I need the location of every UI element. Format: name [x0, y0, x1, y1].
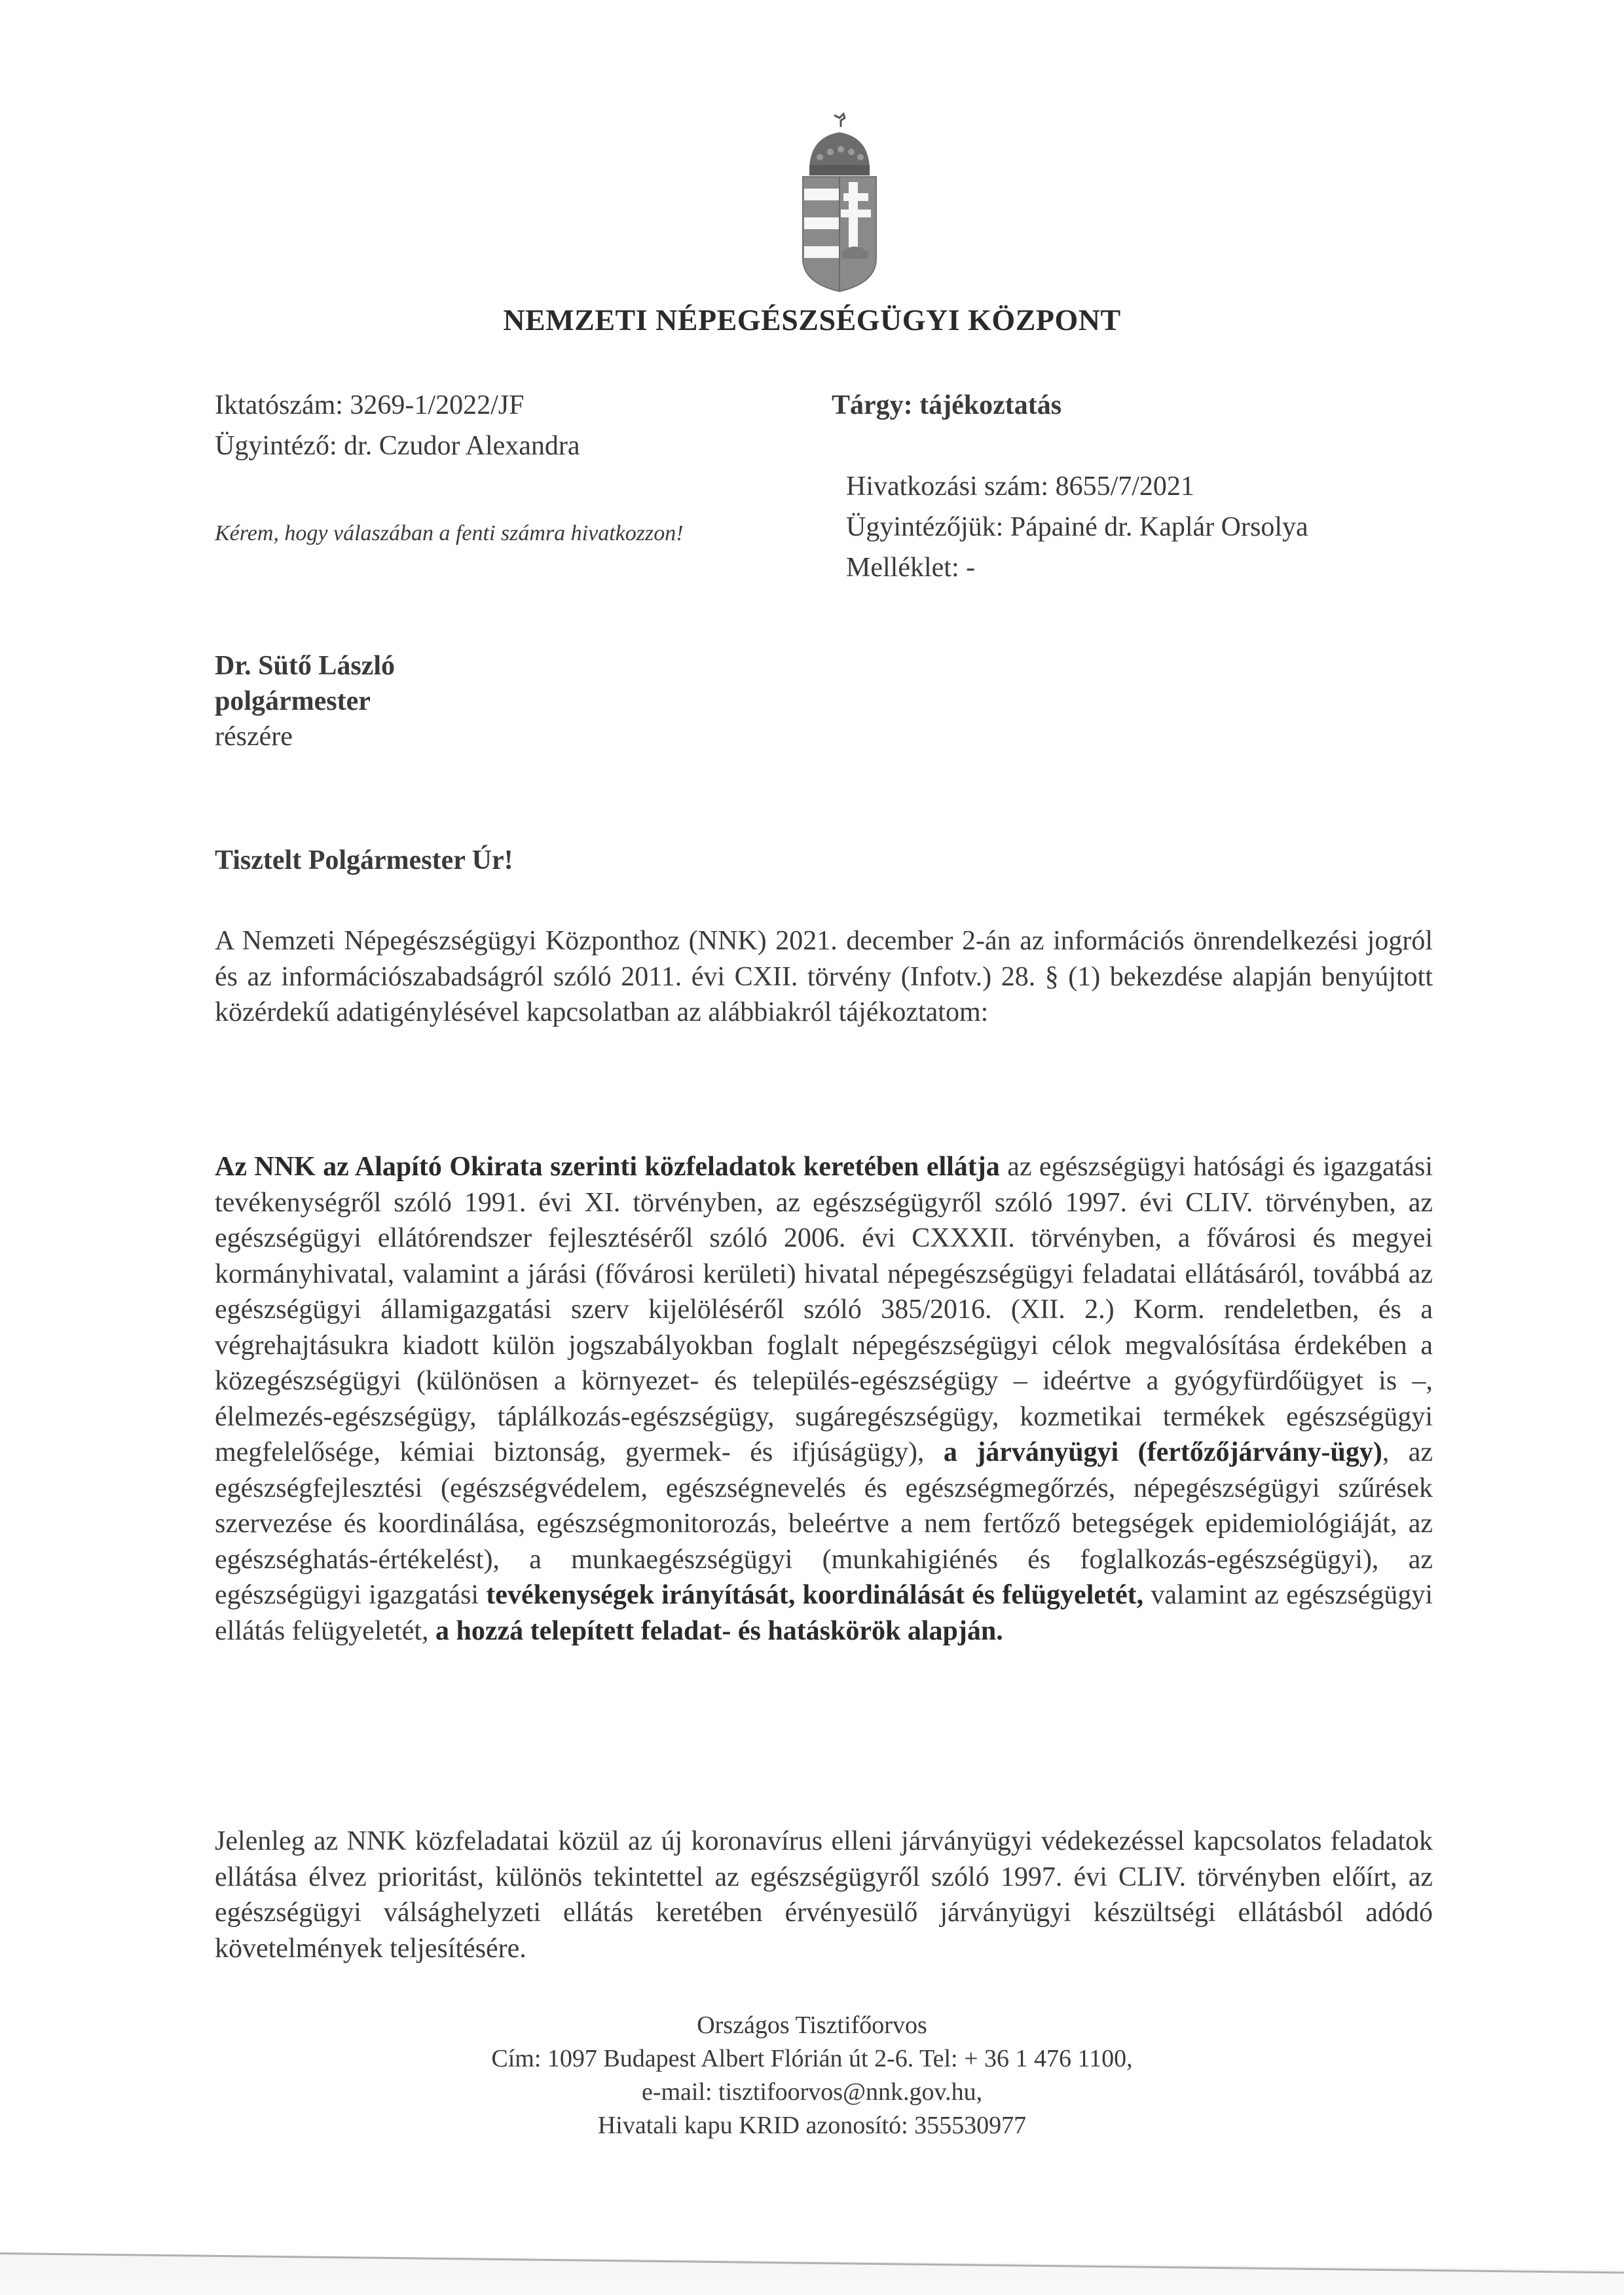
salutation: Tisztelt Polgármester Úr! — [215, 845, 513, 876]
footer-krid: Hivatali kapu KRID azonosító: 355530977 — [0, 2109, 1624, 2142]
recipient-block: Dr. Sütő László polgármester részére — [215, 648, 395, 754]
their-reference-block: Hivatkozási szám: 8655/7/2021 Ügyintézőj… — [846, 466, 1308, 588]
body-paragraph-3: Jelenleg az NNK közfeladatai közül az új… — [215, 1824, 1433, 1966]
their-case-officer: Ügyintézőjük: Pápainé dr. Kaplár Orsolya — [846, 507, 1308, 547]
letter-page: NEMZETI NÉPEGÉSZSÉGÜGYI KÖZPONT Iktatósz… — [0, 0, 1624, 2295]
attachment-line: Melléklet: - — [846, 547, 1308, 588]
text-run: az egészségügyi hatósági és igazgatási t… — [215, 1152, 1433, 1467]
bold-phrase: tevékenységek irányítását, koordinálását… — [486, 1580, 1143, 1610]
their-reference-number: Hivatkozási szám: 8655/7/2021 — [846, 466, 1308, 507]
case-officer: Ügyintéző: dr. Czudor Alexandra — [215, 426, 684, 466]
registration-number: Iktatószám: 3269-1/2022/JF — [215, 385, 684, 426]
footer-email: e-mail: tisztifoorvos@nnk.gov.hu, — [0, 2076, 1624, 2109]
body-paragraph-2: Az NNK az Alapító Okirata szerinti közfe… — [215, 1149, 1433, 1649]
footer-office: Országos Tisztifőorvos — [0, 2009, 1624, 2042]
subject-block: Tárgy: tájékoztatás Hivatkozási szám: 86… — [832, 385, 1061, 426]
footer-address: Cím: 1097 Budapest Albert Flórián út 2-6… — [0, 2042, 1624, 2076]
organization-name: NEMZETI NÉPEGÉSZSÉGÜGYI KÖZPONT — [0, 303, 1624, 337]
subject-line: Tárgy: tájékoztatás — [832, 385, 1061, 426]
reply-reference-note: Kérem, hogy válaszában a fenti számra hi… — [215, 513, 684, 554]
bold-phrase: Az NNK az Alapító Okirata szerinti közfe… — [215, 1152, 1000, 1182]
recipient-name: Dr. Sütő László — [215, 648, 395, 684]
recipient-suffix: részére — [215, 719, 395, 754]
footer-contact: Országos Tisztifőorvos Cím: 1097 Budapes… — [0, 2009, 1624, 2142]
scan-edge-shadow — [0, 2252, 1624, 2295]
recipient-title: polgármester — [215, 684, 395, 719]
bold-phrase: a hozzá telepített feladat- és hatáskörö… — [435, 1616, 1003, 1646]
bold-phrase: a járványügyi (fertőzőjárvány-ügy) — [944, 1437, 1382, 1467]
body-paragraph-1: A Nemzeti Népegészségügyi Központhoz (NN… — [215, 923, 1433, 1031]
hungarian-coat-of-arms-icon — [794, 111, 885, 295]
reference-block: Iktatószám: 3269-1/2022/JF Ügyintéző: dr… — [215, 385, 684, 554]
